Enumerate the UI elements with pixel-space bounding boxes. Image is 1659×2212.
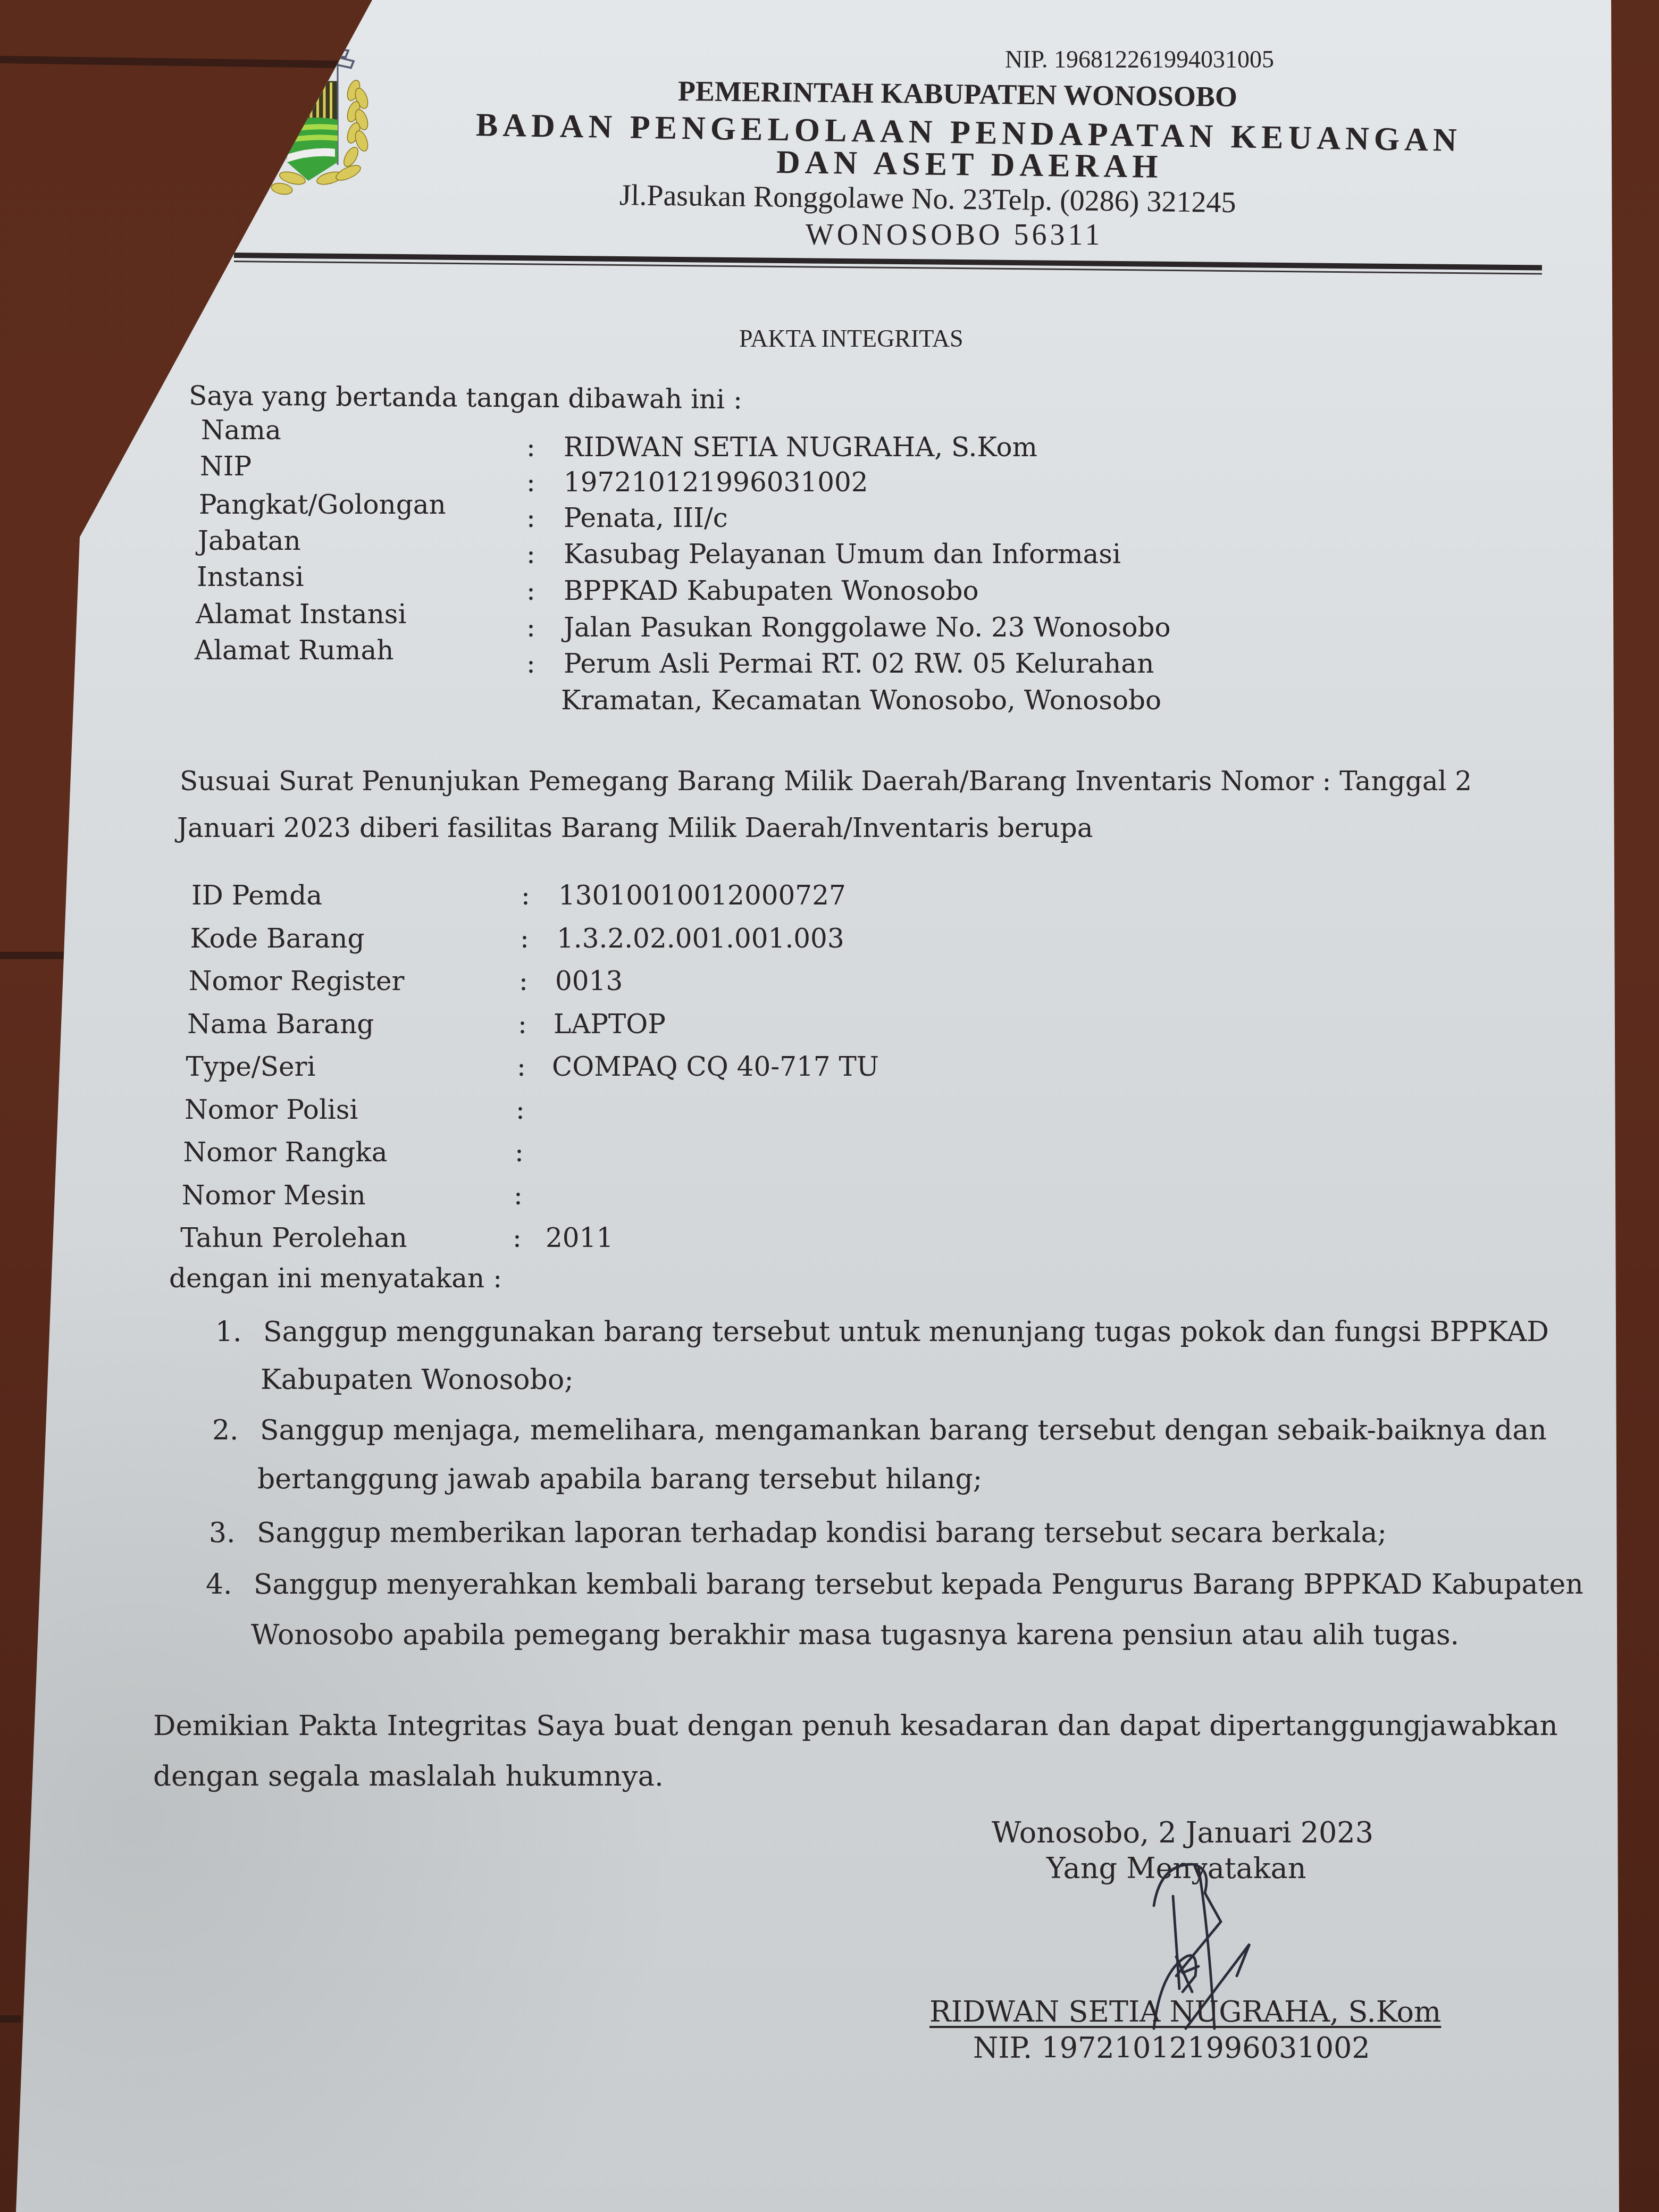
identity-value: Kasubag Pelayanan Umum dan Informasi bbox=[564, 539, 1121, 569]
header-agency-line2: DAN ASET DAERAH bbox=[776, 144, 1163, 186]
asset-colon: : bbox=[515, 1137, 524, 1168]
signatory-name: RIDWAN SETIA NUGRAHA, S.Kom bbox=[929, 1995, 1441, 2029]
asset-colon: : bbox=[519, 966, 528, 996]
identity-value: BPPKAD Kabupaten Wonosobo bbox=[564, 575, 979, 606]
wood-seam bbox=[0, 56, 372, 69]
crest-logo-icon bbox=[271, 45, 404, 199]
document-title: PAKTA INTEGRITAS bbox=[739, 324, 963, 353]
wood-seam bbox=[0, 2015, 21, 2023]
reference-line1: Susuai Surat Penunjukan Pemegang Barang … bbox=[180, 766, 1472, 797]
closing-line1: Demikian Pakta Integritas Saya buat deng… bbox=[153, 1710, 1558, 1742]
asset-label: Type/Seri bbox=[186, 1051, 316, 1082]
identity-colon: : bbox=[526, 539, 535, 569]
statement-intro: dengan ini menyatakan : bbox=[169, 1263, 502, 1294]
asset-colon: : bbox=[516, 1094, 525, 1125]
asset-colon: : bbox=[518, 1009, 527, 1040]
signature-place-date: Wonosobo, 2 Januari 2023 bbox=[992, 1816, 1373, 1849]
statement-line1: Sanggup menjaga, memelihara, mengamankan… bbox=[260, 1414, 1547, 1446]
asset-label: Nomor Register bbox=[189, 966, 405, 996]
identity-value: 197210121996031002 bbox=[564, 467, 868, 498]
statement-line1: Sanggup menggunakan barang tersebut untu… bbox=[263, 1316, 1549, 1348]
closing-line2: dengan segala maslalah hukumnya. bbox=[153, 1760, 664, 1792]
statement-line2: Kabupaten Wonosobo; bbox=[261, 1364, 574, 1396]
identity-label: Jabatan bbox=[198, 525, 301, 556]
asset-value: COMPAQ CQ 40-717 TU bbox=[552, 1051, 879, 1082]
identity-value: Penata, III/c bbox=[564, 502, 728, 533]
statement-line1: Sanggup memberikan laporan terhadap kond… bbox=[257, 1517, 1387, 1549]
identity-value: Perum Asli Permai RT. 02 RW. 05 Keluraha… bbox=[564, 648, 1154, 679]
asset-colon: : bbox=[514, 1180, 523, 1211]
statement-number: 4. bbox=[206, 1569, 232, 1601]
asset-label: Nama Barang bbox=[187, 1009, 374, 1040]
header-city: WONOSOBO 56311 bbox=[806, 218, 1103, 252]
intro-text: Saya yang bertanda tangan dibawah ini : bbox=[189, 380, 742, 415]
asset-label: Nomor Mesin bbox=[182, 1180, 366, 1211]
asset-colon: : bbox=[513, 1222, 522, 1253]
identity-colon: : bbox=[526, 432, 535, 463]
identity-value: RIDWAN SETIA NUGRAHA, S.Kom bbox=[564, 432, 1037, 463]
signatory-nip: NIP. 197210121996031002 bbox=[973, 2031, 1370, 2065]
asset-colon: : bbox=[521, 880, 530, 911]
statement-line1: Sanggup menyerahkan kembali barang terse… bbox=[254, 1569, 1583, 1601]
identity-label: Instansi bbox=[197, 562, 304, 592]
header-nip: NIP. 196812261994031005 bbox=[1005, 45, 1274, 73]
identity-label: Pangkat/Golongan bbox=[199, 489, 446, 520]
asset-label: Kode Barang bbox=[190, 923, 364, 954]
identity-value-line2: Kramatan, Kecamatan Wonosobo, Wonosobo bbox=[561, 685, 1161, 716]
statement-line2: bertanggung jawab apabila barang tersebu… bbox=[257, 1463, 982, 1495]
asset-label: Nomor Rangka bbox=[183, 1137, 387, 1168]
asset-value: LAPTOP bbox=[554, 1009, 666, 1040]
asset-value: 2011 bbox=[546, 1222, 613, 1253]
header-address: Jl.Pasukan Ronggolawe No. 23Telp. (0286)… bbox=[619, 178, 1236, 220]
identity-colon: : bbox=[526, 612, 535, 643]
identity-value: Jalan Pasukan Ronggolawe No. 23 Wonosobo bbox=[564, 612, 1171, 643]
identity-label: NIP bbox=[200, 451, 252, 482]
asset-label: Tahun Perolehan bbox=[180, 1222, 407, 1253]
identity-colon: : bbox=[526, 648, 535, 679]
statement-number: 2. bbox=[212, 1414, 239, 1446]
statement-line2: Wonosobo apabila pemegang berakhir masa … bbox=[251, 1619, 1459, 1651]
asset-label: Nomor Polisi bbox=[185, 1094, 358, 1125]
asset-value: 1.3.2.02.001.001.003 bbox=[557, 923, 844, 954]
asset-value: 0013 bbox=[555, 966, 623, 996]
identity-colon: : bbox=[526, 467, 535, 498]
statement-number: 1. bbox=[215, 1316, 242, 1348]
reference-line2: Januari 2023 diberi fasilitas Barang Mil… bbox=[177, 812, 1093, 843]
document-paper: NIP. 196812261994031005 PEMERINTAH KABUP… bbox=[0, 0, 1659, 2212]
asset-colon: : bbox=[520, 923, 529, 954]
statement-number: 3. bbox=[209, 1517, 236, 1549]
header-government: PEMERINTAH KABUPATEN WONOSOBO bbox=[678, 74, 1238, 113]
identity-label: Alamat Rumah bbox=[195, 635, 393, 666]
asset-colon: : bbox=[517, 1051, 526, 1082]
identity-label: Alamat Instansi bbox=[196, 599, 406, 630]
asset-value: 13010010012000727 bbox=[558, 880, 846, 911]
asset-label: ID Pemda bbox=[191, 880, 322, 911]
identity-label: Nama bbox=[201, 415, 281, 446]
identity-colon: : bbox=[526, 575, 535, 606]
identity-colon: : bbox=[526, 502, 535, 533]
